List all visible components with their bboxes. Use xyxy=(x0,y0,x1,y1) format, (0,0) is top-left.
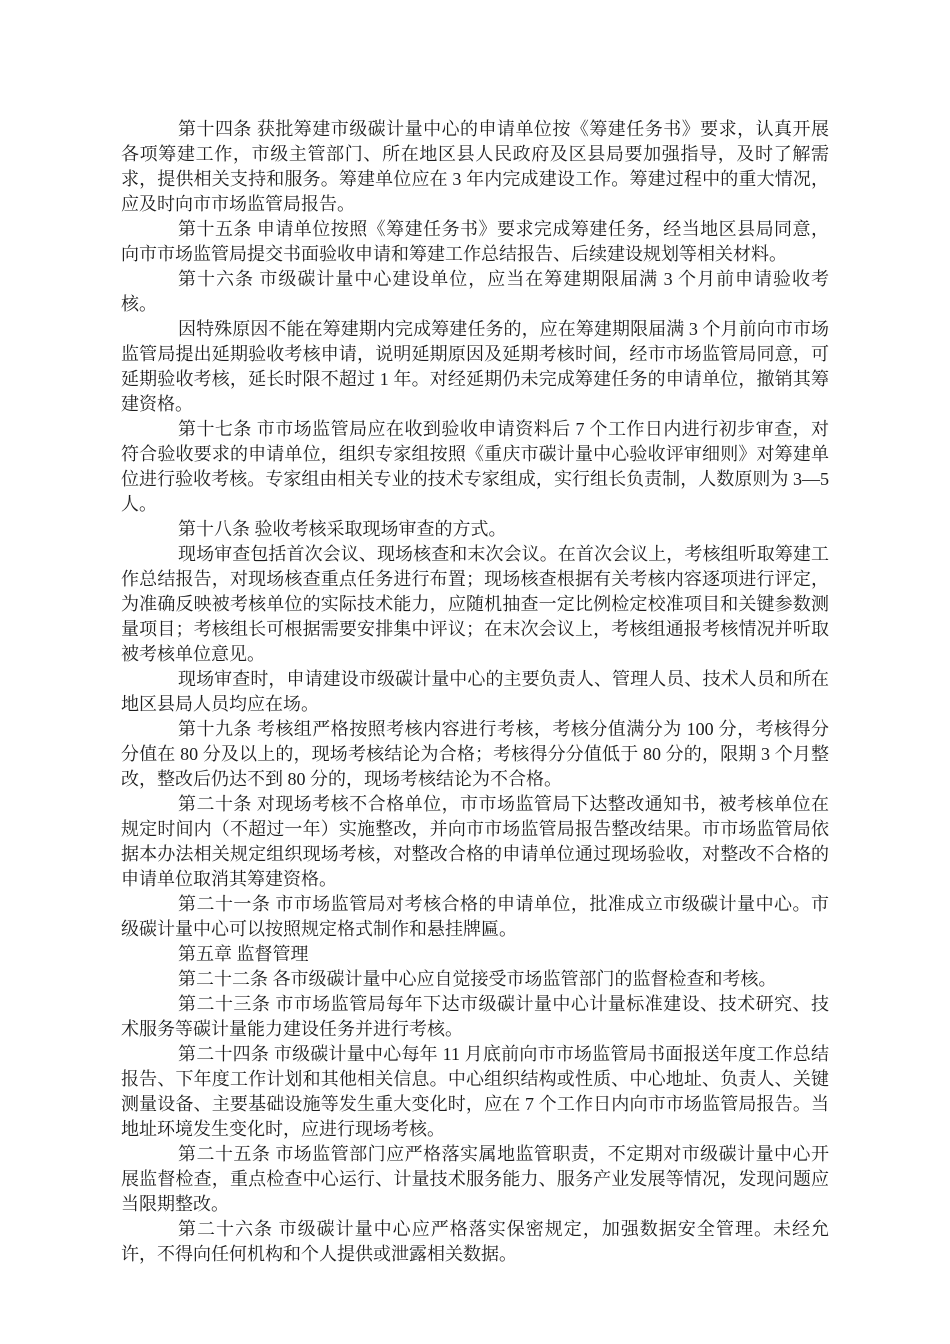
para-article-18: 第十八条 验收考核采取现场审查的方式。 xyxy=(121,517,829,542)
para-article-20: 第二十条 对现场考核不合格单位，市市场监管局下达整改通知书，被考核单位在规定时间… xyxy=(121,792,829,892)
para-article-26: 第二十六条 市级碳计量中心应严格落实保密规定，加强数据安全管理。未经允许，不得向… xyxy=(121,1217,829,1267)
para-article-14: 第十四条 获批筹建市级碳计量中心的申请单位按《筹建任务书》要求，认真开展各项筹建… xyxy=(121,117,829,217)
para-article-23: 第二十三条 市市场监管局每年下达市级碳计量中心计量标准建设、技术研究、技术服务等… xyxy=(121,992,829,1042)
document-page: 第十四条 获批筹建市级碳计量中心的申请单位按《筹建任务书》要求，认真开展各项筹建… xyxy=(0,0,950,1344)
para-article-15: 第十五条 申请单位按照《筹建任务书》要求完成筹建任务，经当地区县局同意，向市市场… xyxy=(121,217,829,267)
para-article-18-presence: 现场审查时，申请建设市级碳计量中心的主要负责人、管理人员、技术人员和所在地区县局… xyxy=(121,667,829,717)
para-article-22: 第二十二条 各市级碳计量中心应自觉接受市场监管部门的监督检查和考核。 xyxy=(121,967,829,992)
para-article-17: 第十七条 市市场监管局应在收到验收申请资料后 7 个工作日内进行初步审查，对符合… xyxy=(121,417,829,517)
para-article-19: 第十九条 考核组严格按照考核内容进行考核，考核分值满分为 100 分，考核得分分… xyxy=(121,717,829,792)
chapter-5-heading: 第五章 监督管理 xyxy=(121,942,829,967)
document-body: 第十四条 获批筹建市级碳计量中心的申请单位按《筹建任务书》要求，认真开展各项筹建… xyxy=(121,117,829,1267)
para-article-21: 第二十一条 市市场监管局对考核合格的申请单位，批准成立市级碳计量中心。市级碳计量… xyxy=(121,892,829,942)
para-article-24: 第二十四条 市级碳计量中心每年 11 月底前向市市场监管局书面报送年度工作总结报… xyxy=(121,1042,829,1142)
para-article-25: 第二十五条 市场监管部门应严格落实属地监管职责，不定期对市级碳计量中心开展监督检… xyxy=(121,1142,829,1217)
para-article-16-extension: 因特殊原因不能在筹建期内完成筹建任务的，应在筹建期限届满 3 个月前向市市场监管… xyxy=(121,317,829,417)
para-article-18-site-review: 现场审查包括首次会议、现场核查和末次会议。在首次会议上，考核组听取筹建工作总结报… xyxy=(121,542,829,667)
para-article-16: 第十六条 市级碳计量中心建设单位，应当在筹建期限届满 3 个月前申请验收考核。 xyxy=(121,267,829,317)
